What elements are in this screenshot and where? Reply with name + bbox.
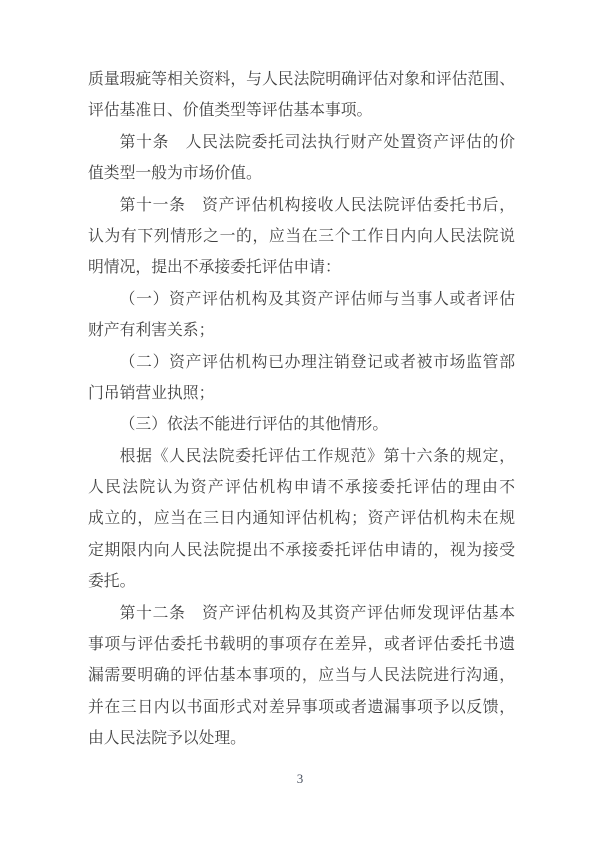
text-line: 认为有下列情形之一的，应当在三个工作日内向人民法院说	[88, 221, 515, 252]
text-line: 成立的，应当在三日内通知评估机构；资产评估机构未在规	[88, 503, 515, 534]
document-body: 质量瑕疵等相关资料，与人民法院明确评估对象和评估范围、 评估基准日、价值类型等评…	[88, 64, 515, 755]
text-line: 并在三日内以书面形式对差异事项或者遗漏事项予以反馈，	[88, 692, 515, 723]
text-line: 门吊销营业执照；	[88, 378, 515, 409]
text-line-item-3: （三）依法不能进行评估的其他情形。	[88, 409, 515, 440]
text-line: 漏需要明确的评估基本事项的，应当与人民法院进行沟通，	[88, 660, 515, 691]
text-line: 人民法院认为资产评估机构申请不承接委托评估的理由不	[88, 472, 515, 503]
text-line: 由人民法院予以处理。	[88, 723, 515, 754]
text-line: 财产有利害关系；	[88, 315, 515, 346]
text-line: 值类型一般为市场价值。	[88, 158, 515, 189]
text-line-article-11: 第十一条 资产评估机构接收人民法院评估委托书后，	[88, 190, 515, 221]
document-page: 质量瑕疵等相关资料，与人民法院明确评估对象和评估范围、 评估基准日、价值类型等评…	[0, 0, 600, 848]
page-number: 3	[0, 770, 600, 788]
text-line-item-2: （二）资产评估机构已办理注销登记或者被市场监管部	[88, 347, 515, 378]
text-line-article-12: 第十二条 资产评估机构及其资产评估师发现评估基本	[88, 598, 515, 629]
text-line: 评估基准日、价值类型等评估基本事项。	[88, 95, 515, 126]
text-line: 根据《人民法院委托评估工作规范》第十六条的规定，	[88, 441, 515, 472]
text-line-article-10: 第十条 人民法院委托司法执行财产处置资产评估的价	[88, 127, 515, 158]
text-line: 明情况，提出不承接委托评估申请：	[88, 252, 515, 283]
text-line: 事项与评估委托书载明的事项存在差异，或者评估委托书遗	[88, 629, 515, 660]
text-line-item-1: （一）资产评估机构及其资产评估师与当事人或者评估	[88, 284, 515, 315]
text-line: 定期限内向人民法院提出不承接委托评估申请的，视为接受	[88, 535, 515, 566]
text-line: 质量瑕疵等相关资料，与人民法院明确评估对象和评估范围、	[88, 64, 515, 95]
text-line: 委托。	[88, 566, 515, 597]
